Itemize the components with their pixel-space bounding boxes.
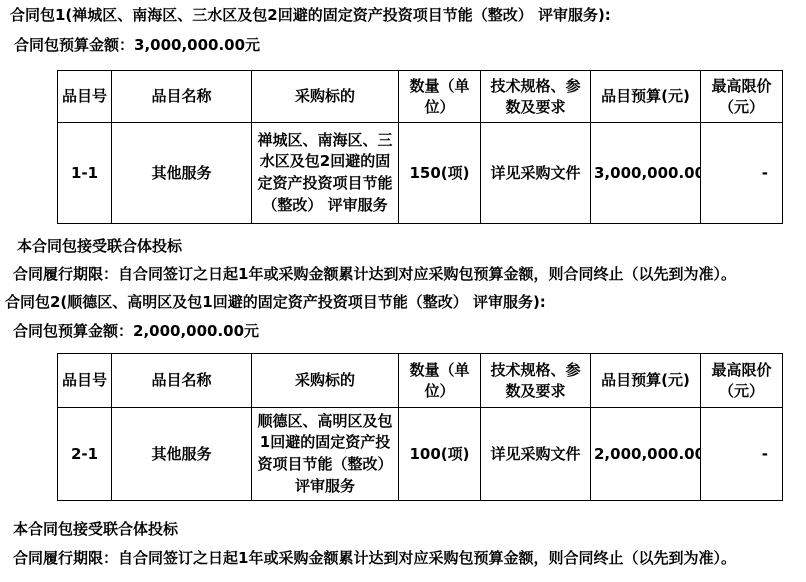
cell-spec: 详见采购文件 <box>481 408 591 501</box>
col-header-max-price: 最高限价（元） <box>701 354 783 408</box>
col-header-quantity: 数量（单位） <box>399 354 481 408</box>
contract-package-1-title: 合同包1(禅城区、南海区、三水区及包2回避的固定资产投资项目节能（整改） 评审服… <box>10 6 611 24</box>
table-header-row: 品目号 品目名称 采购标的 数量（单位） 技术规格、参数及要求 品目预算(元) … <box>58 354 783 408</box>
col-header-budget: 品目预算(元) <box>591 354 701 408</box>
budget-label: 合同包预算金额： <box>13 322 133 340</box>
budget-amount: 2,000,000.00元 <box>133 322 259 340</box>
col-header-subject: 采购标的 <box>252 71 399 123</box>
budget-label: 合同包预算金额： <box>14 36 134 54</box>
cell-spec: 详见采购文件 <box>481 123 591 224</box>
table-row: 2-1 其他服务 顺德区、高明区及包1回避的固定资产投资项目节能（整改） 评审服… <box>58 408 783 501</box>
col-header-item-no: 品目号 <box>58 71 112 123</box>
cell-item-no: 2-1 <box>58 408 112 501</box>
contract-package-2-consortium-note: 本合同包接受联合体投标 <box>13 520 178 538</box>
cell-subject: 禅城区、南海区、三水区及包2回避的固定资产投资项目节能（整改） 评审服务 <box>252 123 399 224</box>
cell-budget: 2,000,000.00 <box>591 408 701 501</box>
contract-package-1-consortium-note: 本合同包接受联合体投标 <box>17 237 182 255</box>
col-header-max-price: 最高限价（元） <box>701 71 783 123</box>
budget-amount: 3,000,000.00元 <box>134 36 260 54</box>
col-header-spec: 技术规格、参数及要求 <box>481 354 591 408</box>
table-header-row: 品目号 品目名称 采购标的 数量（单位） 技术规格、参数及要求 品目预算(元) … <box>58 71 783 123</box>
cell-quantity: 100(项) <box>399 408 481 501</box>
contract-package-2-title: 合同包2(顺德区、高明区及包1回避的固定资产投资项目节能（整改） 评审服务): <box>5 293 546 311</box>
table-row: 1-1 其他服务 禅城区、南海区、三水区及包2回避的固定资产投资项目节能（整改）… <box>58 123 783 224</box>
col-header-subject: 采购标的 <box>252 354 399 408</box>
cell-item-name: 其他服务 <box>112 408 252 501</box>
contract-package-1-duration-note: 合同履行期限：自合同签订之日起1年或采购金额累计达到对应采购包预算金额，则合同终… <box>13 265 736 283</box>
cell-item-name: 其他服务 <box>112 123 252 224</box>
contract-package-1-budget-line: 合同包预算金额：3,000,000.00元 <box>14 36 260 54</box>
cell-item-no: 1-1 <box>58 123 112 224</box>
col-header-item-no: 品目号 <box>58 354 112 408</box>
col-header-budget: 品目预算(元) <box>591 71 701 123</box>
col-header-item-name: 品目名称 <box>112 71 252 123</box>
contract-package-1-items-table: 品目号 品目名称 采购标的 数量（单位） 技术规格、参数及要求 品目预算(元) … <box>57 70 783 224</box>
cell-subject: 顺德区、高明区及包1回避的固定资产投资项目节能（整改） 评审服务 <box>252 408 399 501</box>
col-header-spec: 技术规格、参数及要求 <box>481 71 591 123</box>
contract-package-2-items-table: 品目号 品目名称 采购标的 数量（单位） 技术规格、参数及要求 品目预算(元) … <box>57 353 783 501</box>
col-header-quantity: 数量（单位） <box>399 71 481 123</box>
cell-max-price: - <box>701 123 783 224</box>
contract-package-2-budget-line: 合同包预算金额：2,000,000.00元 <box>13 322 259 340</box>
col-header-item-name: 品目名称 <box>112 354 252 408</box>
cell-quantity: 150(项) <box>399 123 481 224</box>
cell-budget: 3,000,000.00 <box>591 123 701 224</box>
procurement-document-page: 合同包1(禅城区、南海区、三水区及包2回避的固定资产投资项目节能（整改） 评审服… <box>0 0 806 582</box>
contract-package-2-duration-note: 合同履行期限：自合同签订之日起1年或采购金额累计达到对应采购包预算金额，则合同终… <box>13 549 736 567</box>
cell-max-price: - <box>701 408 783 501</box>
